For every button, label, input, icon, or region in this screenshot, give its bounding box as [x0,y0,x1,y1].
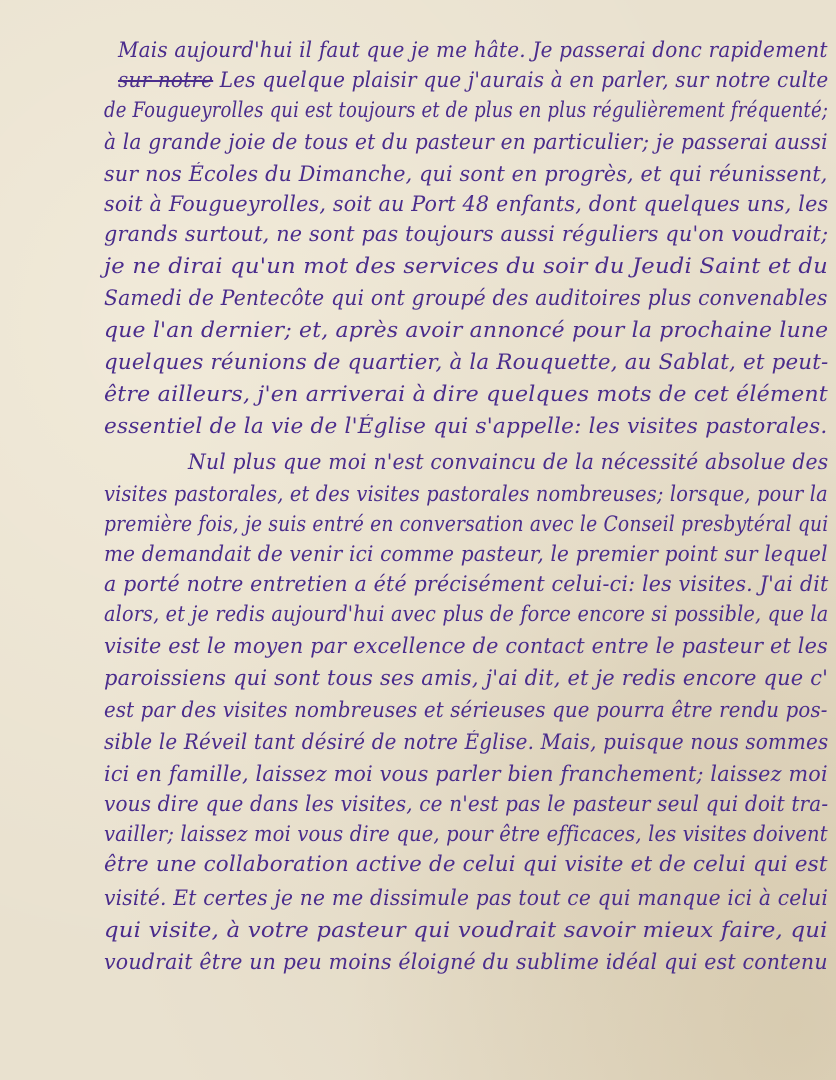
line-3: de Fougueyrolles qui est toujours et de … [104,96,828,124]
line-20: visite est le moyen par excellence de co… [104,632,828,660]
line-24: ici en famille, laissez moi vous parler … [104,760,828,788]
line-text: être ailleurs, j'en arriverai à dire que… [104,382,828,406]
line-11: quelques réunions de quartier, à la Rouq… [104,348,828,376]
line-text: je ne dirai qu'un mot des services du so… [104,254,828,278]
line-text: Nul plus que moi n'est convaincu de la n… [188,450,828,474]
line-text: sur nos Écoles du Dimanche, qui sont en … [104,162,828,186]
line-text: est par des visites nombreuses et sérieu… [104,698,828,722]
line-4: à la grande joie de tous et du pasteur e… [104,128,828,156]
line-10: que l'an dernier; et, après avoir annonc… [104,316,828,344]
line-6: soit à Fougueyrolles, soit au Port 48 en… [104,190,828,218]
line-text: être une collaboration active de celui q… [104,852,828,876]
struck-out-text: sur notre [118,68,213,92]
line-text: à la grande joie de tous et du pasteur e… [104,130,828,154]
line-text: me demandait de venir ici comme pasteur,… [104,542,828,566]
line-25: vous dire que dans les visites, ce n'est… [104,790,828,818]
line-text: essentiel de la vie de l'Église qui s'ap… [104,414,827,438]
manuscript-page: Mais aujourd'hui il faut que je me hâte.… [0,0,836,1080]
line-16: première fois, je suis entré en conversa… [104,510,828,538]
line-14-paragraph-start: Nul plus que moi n'est convaincu de la n… [188,448,828,476]
line-29: qui visite, à votre pasteur qui voudrait… [104,916,828,944]
line-text: que l'an dernier; et, après avoir annonc… [104,318,828,342]
line-2: sur notre Les quelque plaisir que j'aura… [118,66,828,94]
line-1: Mais aujourd'hui il faut que je me hâte.… [118,36,828,64]
line-18: a porté notre entretien a été précisémen… [104,570,828,598]
line-9: Samedi de Pentecôte qui ont groupé des a… [104,284,828,312]
line-26: vailler; laissez moi vous dire que, pour… [104,820,828,848]
line-text: première fois, je suis entré en conversa… [104,512,828,536]
line-text: vous dire que dans les visites, ce n'est… [104,792,828,816]
line-23: sible le Réveil tant désiré de notre Égl… [104,728,828,756]
line-8: je ne dirai qu'un mot des services du so… [104,252,828,280]
line-text: quelques réunions de quartier, à la Rouq… [104,350,828,374]
line-text: visité. Et certes je ne me dissimule pas… [104,886,828,910]
line-text: grands surtout, ne sont pas toujours aus… [104,222,828,246]
line-7: grands surtout, ne sont pas toujours aus… [104,220,828,248]
line-text: sible le Réveil tant désiré de notre Égl… [104,730,828,754]
line-text: ici en famille, laissez moi vous parler … [104,762,828,786]
line-27: être une collaboration active de celui q… [104,850,828,878]
line-22: est par des visites nombreuses et sérieu… [104,696,828,724]
line-text: Les quelque plaisir que j'aurais à en pa… [220,68,829,92]
line-13: essentiel de la vie de l'Église qui s'ap… [104,412,827,440]
line-21: paroissiens qui sont tous ses amis, j'ai… [104,664,828,692]
line-text: soit à Fougueyrolles, soit au Port 48 en… [104,192,828,216]
line-text: Samedi de Pentecôte qui ont groupé des a… [104,286,828,310]
line-text: alors, et je redis aujourd'hui avec plus… [104,602,828,626]
line-17: me demandait de venir ici comme pasteur,… [104,540,828,568]
line-text: visites pastorales, et des visites pasto… [104,482,828,506]
line-text: visite est le moyen par excellence de co… [104,634,828,658]
line-12: être ailleurs, j'en arriverai à dire que… [104,380,828,408]
line-15: visites pastorales, et des visites pasto… [104,480,828,508]
line-19: alors, et je redis aujourd'hui avec plus… [104,600,828,628]
line-30: voudrait être un peu moins éloigné du su… [104,948,828,976]
line-text: Mais aujourd'hui il faut que je me hâte.… [118,38,828,62]
line-text: qui visite, à votre pasteur qui voudrait… [104,918,828,942]
line-text: vailler; laissez moi vous dire que, pour… [104,822,828,846]
line-text: voudrait être un peu moins éloigné du su… [104,950,828,974]
line-28: visité. Et certes je ne me dissimule pas… [104,884,828,912]
line-text: paroissiens qui sont tous ses amis, j'ai… [104,666,828,690]
line-text: de Fougueyrolles qui est toujours et de … [104,98,828,122]
line-text: a porté notre entretien a été précisémen… [104,572,828,596]
line-5: sur nos Écoles du Dimanche, qui sont en … [104,160,828,188]
